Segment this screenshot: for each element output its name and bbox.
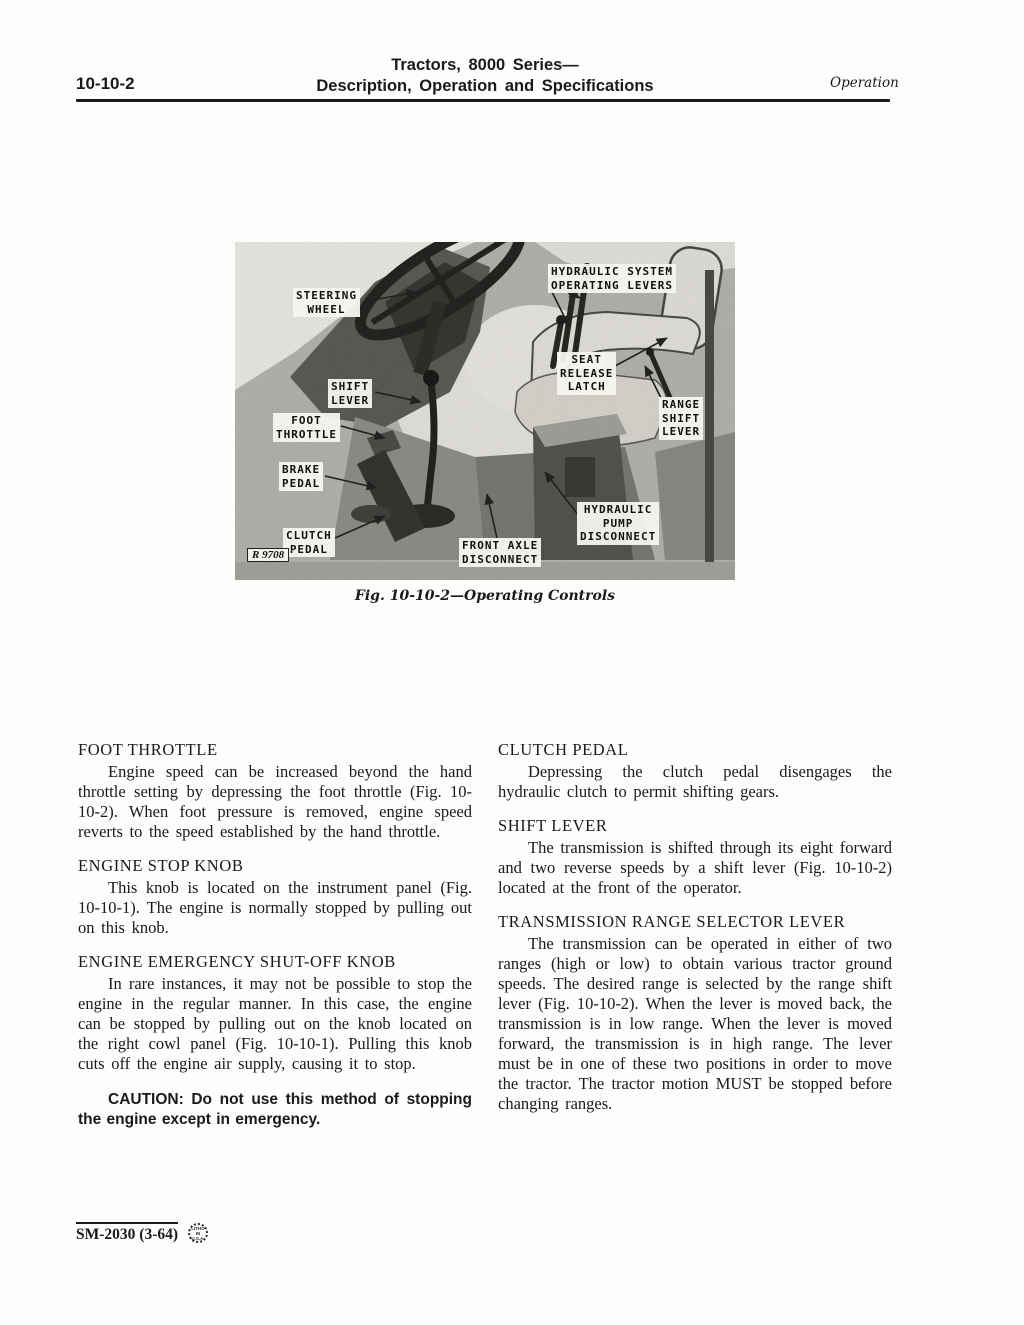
section-heading-foot-throttle: FOOT THROTTLE (78, 740, 472, 760)
body-columns: FOOT THROTTLE Engine speed can be increa… (78, 740, 892, 1130)
doc-title-line2: Description, Operation and Specification… (255, 76, 715, 97)
section-body-clutch-pedal: Depressing the clutch pedal disengages t… (498, 762, 892, 802)
label-brake-pedal: BRAKE PEDAL (279, 462, 323, 491)
caution-note: CAUTION: Do not use this method of stopp… (78, 1090, 472, 1130)
doc-number: SM-2030 (3-64) (76, 1222, 178, 1244)
label-hydraulic-pump-disconnect: HYDRAULIC PUMP DISCONNECT (577, 502, 659, 545)
section-heading-emergency-shut-off-knob: ENGINE EMERGENCY SHUT-OFF KNOB (78, 952, 472, 972)
label-shift-lever: SHIFT LEVER (328, 379, 372, 408)
label-foot-throttle: FOOT THROTTLE (273, 413, 340, 442)
section-heading-shift-lever: SHIFT LEVER (498, 816, 892, 836)
section-label: Operation (830, 75, 899, 91)
label-front-axle-disconnect: FRONT AXLE DISCONNECT (459, 538, 541, 567)
section-heading-clutch-pedal: CLUTCH PEDAL (498, 740, 892, 760)
label-seat-release-latch: SEAT RELEASE LATCH (557, 352, 616, 395)
right-column: CLUTCH PEDAL Depressing the clutch pedal… (498, 740, 892, 1130)
litho-stamp-icon: LITHO IN U.S.A. (188, 1223, 208, 1243)
doc-title: Tractors, 8000 Series— Description, Oper… (255, 55, 715, 97)
left-column: FOOT THROTTLE Engine speed can be increa… (78, 740, 472, 1130)
label-clutch-pedal: CLUTCH PEDAL (283, 528, 335, 557)
photo-id: R 9708 (247, 548, 289, 562)
manual-page: 10-10-2 Tractors, 8000 Series— Descripti… (0, 0, 1024, 1325)
section-body-transmission-range-selector: The transmission can be operated in eith… (498, 934, 892, 1114)
section-heading-engine-stop-knob: ENGINE STOP KNOB (78, 856, 472, 876)
section-heading-transmission-range-selector: TRANSMISSION RANGE SELECTOR LEVER (498, 912, 892, 932)
label-range-shift-lever: RANGE SHIFT LEVER (659, 397, 703, 440)
page-number: 10-10-2 (76, 74, 135, 94)
label-steering-wheel: STEERING WHEEL (293, 288, 360, 317)
section-body-shift-lever: The transmission is shifted through its … (498, 838, 892, 898)
figure-operating-controls: STEERING WHEEL HYDRAULIC SYSTEM OPERATIN… (235, 242, 735, 580)
header-rule (76, 99, 890, 102)
doc-title-line1: Tractors, 8000 Series— (255, 55, 715, 76)
label-hydraulic-system-levers: HYDRAULIC SYSTEM OPERATING LEVERS (548, 264, 676, 293)
figure-caption: Fig. 10-10-2—Operating Controls (235, 588, 735, 604)
section-body-foot-throttle: Engine speed can be increased beyond the… (78, 762, 472, 842)
section-body-engine-stop-knob: This knob is located on the instrument p… (78, 878, 472, 938)
section-body-emergency-shut-off-knob: In rare instances, it may not be possibl… (78, 974, 472, 1074)
